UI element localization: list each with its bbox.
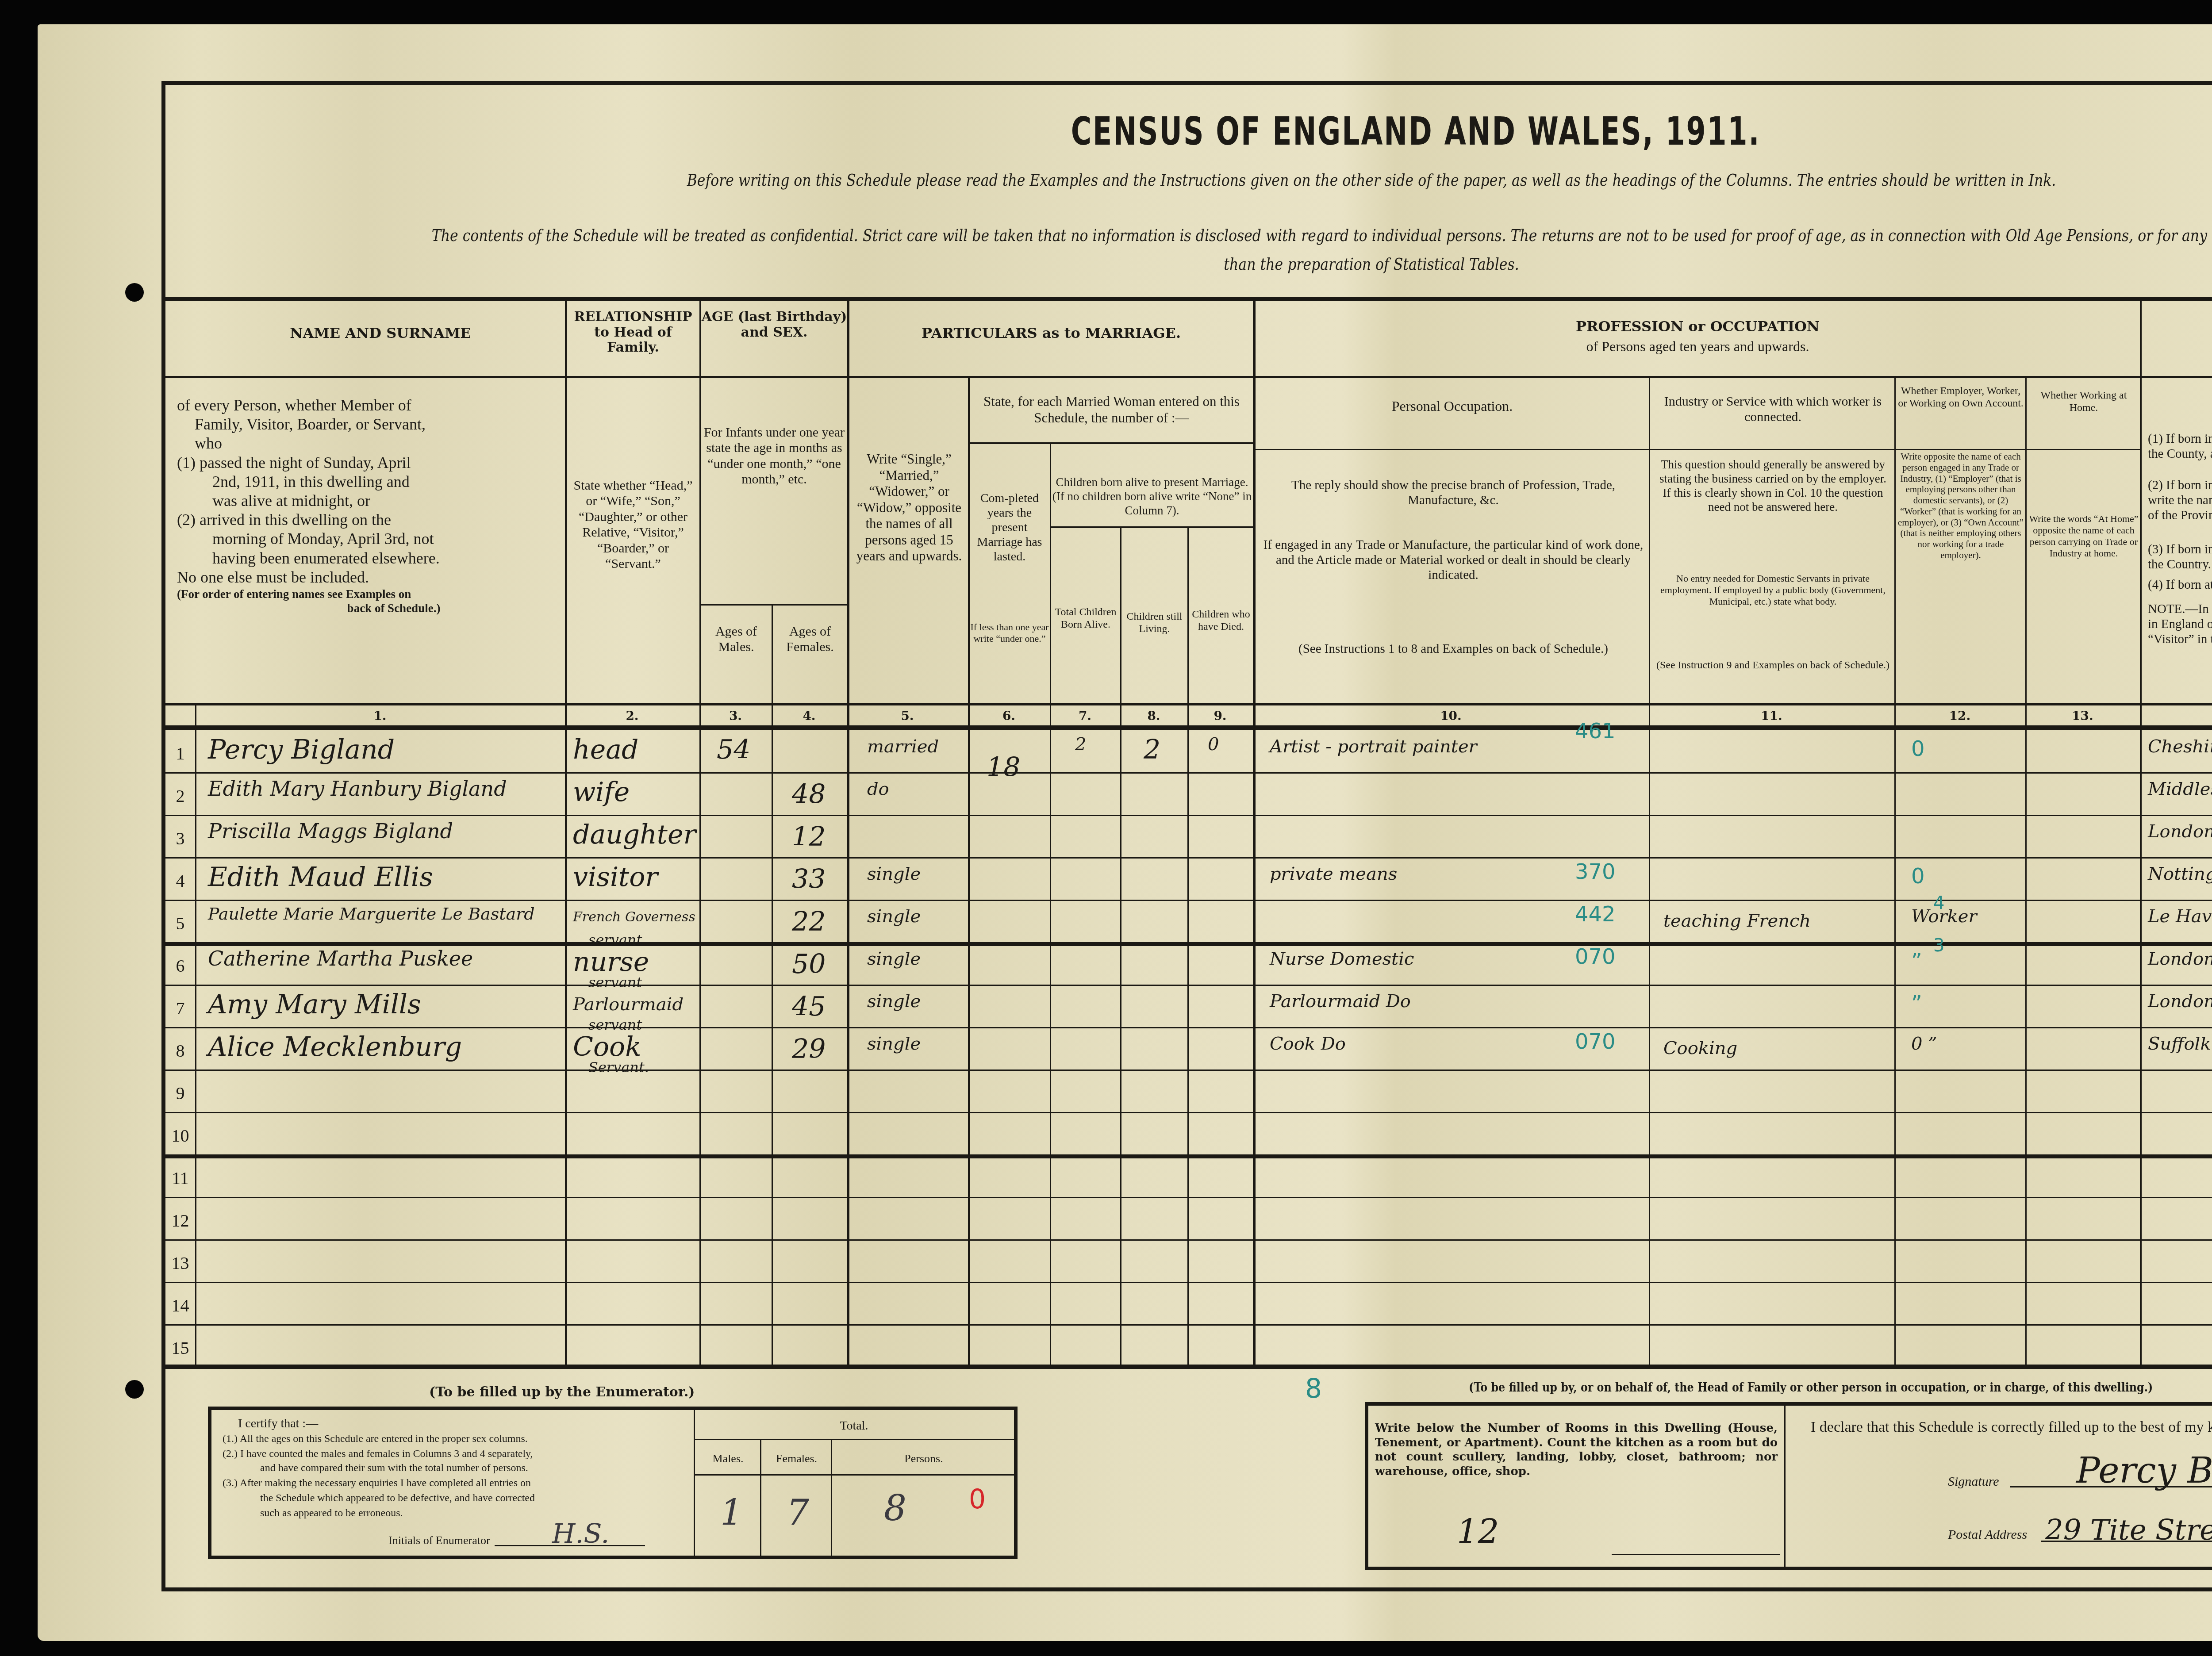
name-instruction-line: of every Person, whether Member of	[177, 396, 557, 415]
age-female: 29	[792, 1034, 826, 1065]
employment-code: 3	[1933, 935, 1944, 956]
industry-body-1: This question should generally be answer…	[1655, 458, 1891, 514]
row-number: 8	[166, 1040, 195, 1061]
condition-instructions: Write “Single,” “Married,” “Widower,” or…	[851, 451, 967, 564]
children-living: 2	[1144, 734, 1160, 765]
birthplace: Cheshire. Egremont	[2148, 736, 2212, 757]
row-number: 14	[166, 1295, 195, 1316]
person-name: Edith Mary Hanbury Bigland	[208, 777, 507, 801]
personal-occupation-body-1: The reply should show the precise branch…	[1261, 478, 1646, 508]
industry-label: Industry or Service with which worker is…	[1652, 394, 1893, 425]
marital-condition: single	[867, 906, 921, 927]
home-body: Write the words “At Home” opposite the n…	[2028, 513, 2139, 559]
occupation-code: 370	[1575, 859, 1616, 884]
name-instruction-line: having been enumerated elsewhere.	[177, 549, 557, 568]
relationship-note: servant	[588, 974, 642, 991]
person-name: Priscilla Maggs Bigland	[208, 819, 453, 843]
rooms-count: 12	[1457, 1512, 1499, 1551]
row-number: 7	[166, 998, 195, 1019]
name-instruction-line: (For order of entering names see Example…	[177, 587, 557, 601]
occupation-sub-rule	[1253, 449, 2140, 450]
total-persons: 8	[884, 1487, 906, 1529]
certify-item-3b: the Schedule which appeared to be defect…	[260, 1492, 535, 1504]
employment-status: 0	[1911, 864, 1925, 889]
name-instruction-line: morning of Monday, April 3rd, not	[177, 529, 557, 548]
totals-header-rule	[695, 1474, 1014, 1476]
confidentiality-line: The contents of the Schedule will be tre…	[343, 226, 2212, 245]
employment-code: 4	[1933, 893, 1944, 913]
col-title-age: AGE (last Birthday) and SEX.	[701, 310, 847, 340]
row-number: 4	[166, 870, 195, 891]
name-instruction-line: was alive at midnight, or	[177, 491, 557, 510]
row-number: 10	[166, 1125, 195, 1146]
col-title-marriage: PARTICULARS as to MARRIAGE.	[849, 325, 1253, 341]
personal-occupation: Artist - portrait painter	[1270, 736, 1477, 757]
relationship: visitor	[573, 862, 658, 893]
instruction-line: Before writing on this Schedule please r…	[453, 170, 2212, 190]
name-instruction-line: No one else must be included.	[177, 568, 557, 587]
completed-years-note: If less than one year write “under one.”	[970, 621, 1049, 644]
have-died-label: Children who have Died.	[1189, 608, 1253, 633]
col-divider	[1050, 444, 1051, 1367]
relationship-note: servant	[588, 1016, 642, 1033]
punch-hole	[125, 1380, 144, 1399]
birthplace-note: NOTE.—In the case of persons born elsewh…	[2148, 602, 2212, 647]
column-number: 1.	[195, 709, 565, 723]
employment-status: ”	[1911, 991, 1922, 1016]
birthplace: London Pimlico	[2148, 991, 2212, 1012]
person-name: Percy Bigland	[208, 734, 395, 765]
age-infant-instructions: For Infants under one year state the age…	[703, 425, 845, 487]
birthplace: Le Havre France	[2148, 906, 2212, 927]
total-label: Total.	[694, 1419, 1014, 1433]
col-title-relationship: RELATIONSHIP to Head of Family.	[567, 310, 699, 356]
punch-hole	[125, 283, 144, 302]
col-divider	[2025, 378, 2027, 1367]
personal-occupation: Cook Do	[1270, 1034, 1346, 1054]
name-instruction-line: who	[177, 434, 557, 453]
table-top-rule	[164, 297, 2212, 301]
children-born-instructions: Children born alive to present Marriage.…	[1052, 475, 1252, 518]
females-divider	[831, 1440, 832, 1556]
row-number: 5	[166, 913, 195, 934]
column-number: 7.	[1050, 709, 1120, 723]
initials-label: Initials of Enumerator	[388, 1534, 490, 1547]
col-divider	[847, 299, 849, 1367]
married-woman-instructions: State, for each Married Woman entered on…	[971, 394, 1252, 426]
age-female: 22	[792, 906, 826, 937]
col-title-name: NAME AND SURNAME	[197, 325, 564, 341]
relationship: Cook	[573, 1031, 641, 1062]
person-name: Catherine Martha Puskee	[208, 947, 473, 970]
age-female: 48	[792, 779, 826, 810]
occupation-code: 070	[1575, 1029, 1616, 1054]
row-number: 13	[166, 1253, 195, 1273]
occupier-heading: (To be filled up by, or on behalf of, th…	[1469, 1380, 2153, 1395]
birthplace-body-1: (1) If born in the United Kingdom, write…	[2148, 431, 2212, 461]
confidentiality-line-2: than the preparation of Statistical Tabl…	[968, 254, 1775, 274]
birthplace-body-3: (3) If born in a Foreign Country, write …	[2148, 542, 2212, 572]
signature-label: Signature	[1948, 1474, 1999, 1489]
col-title-birthplace: BIRTHPLACE	[2142, 318, 2212, 335]
occupation-code: 442	[1575, 902, 1616, 927]
age-female: 33	[792, 864, 826, 895]
row-number: 12	[166, 1210, 195, 1231]
employer-label: Whether Employer, Worker, or Working on …	[1897, 385, 2024, 410]
personal-occupation: private means	[1270, 864, 1397, 884]
certify-label: I certify that :—	[238, 1417, 318, 1431]
total-rule	[695, 1439, 1014, 1440]
col-divider	[565, 299, 567, 1367]
age-female: 50	[792, 949, 826, 980]
birthplace: Nottingham	[2148, 864, 2212, 884]
personal-occupation-label: Personal Occupation.	[1256, 398, 1648, 415]
rooms-line	[1612, 1554, 1780, 1555]
certify-item-3a: (3.) After making the necessary enquirie…	[223, 1477, 531, 1489]
birthplace: Middlesex. Stamford Hill	[2148, 779, 2212, 799]
column-number: 4.	[772, 709, 847, 723]
name-instruction-line: (2) arrived in this dwelling on the	[177, 510, 557, 529]
col-divider	[195, 705, 196, 1367]
children-sub-rule	[1050, 526, 1253, 528]
column-number: 14.	[2140, 709, 2212, 723]
females-label: Females.	[762, 1452, 831, 1465]
person-name: Alice Mecklenburg	[208, 1031, 462, 1062]
enumerator-initials: H.S.	[552, 1518, 609, 1549]
total-born-label: Total Children Born Alive.	[1051, 606, 1120, 631]
relationship: Parlourmaid	[573, 994, 684, 1015]
total-males: 1	[720, 1492, 743, 1533]
column-number: 5.	[847, 709, 968, 723]
children-born: 2	[1075, 734, 1086, 755]
col-divider	[1187, 528, 1189, 1367]
birthplace-body-4: (4) If born at sea, write “At Sea.”	[2148, 577, 2212, 592]
header-divider	[164, 376, 2212, 378]
relationship-note: servant	[588, 931, 642, 948]
home-label: Whether Working at Home.	[2028, 389, 2139, 414]
birthplace: London	[2148, 949, 2212, 969]
person-name: Amy Mary Mills	[208, 989, 421, 1020]
relationship: wife	[573, 777, 630, 808]
relationship-instructions: State whether “Head,” or “Wife,” “Son,” …	[568, 478, 698, 571]
column-number: 8.	[1120, 709, 1187, 723]
children-died: 0	[1208, 734, 1219, 755]
name-instruction-line: (1) passed the night of Sunday, April	[177, 453, 557, 472]
col-divider	[1894, 378, 1896, 1367]
occupation-code: 461	[1575, 719, 1616, 744]
col-subtitle-birthplace: of every person.	[2142, 337, 2212, 354]
relationship: nurse	[573, 947, 649, 977]
relationship: daughter	[573, 819, 696, 850]
declaration-text: I declare that this Schedule is correctl…	[1811, 1419, 2212, 1436]
males-label: Males.	[696, 1452, 760, 1465]
row-number: 9	[166, 1083, 195, 1104]
column-number: 6.	[968, 709, 1050, 723]
personal-occupation-body-2: If engaged in any Trade or Manufacture, …	[1261, 537, 1646, 583]
employment-status: ”	[1911, 949, 1922, 974]
ages-males-label: Ages of Males.	[701, 624, 771, 655]
industry: teaching French	[1663, 911, 1811, 931]
occupation-code: 070	[1575, 944, 1616, 969]
postal-address: 29 Tite Street Chelsea	[2045, 1514, 2212, 1547]
birthplace-body-2: (2) If born in any other part of the Bri…	[2148, 478, 2212, 523]
row-number: 1	[166, 743, 195, 764]
col-subtitle-occupation: of Persons aged ten years and upwards.	[1256, 338, 2140, 355]
age-sub-rule	[699, 604, 847, 606]
row-number: 15	[166, 1338, 195, 1358]
red-check-mark: 0	[969, 1484, 986, 1515]
row-number: 6	[166, 955, 195, 976]
column-number: 13.	[2025, 709, 2140, 723]
col-divider	[1253, 299, 1256, 1367]
name-instruction-line: back of Schedule.)	[177, 601, 557, 615]
personal-occupation: Parlourmaid Do	[1270, 991, 1411, 1012]
age-female: 45	[792, 991, 826, 1022]
employer-body: Write opposite the name of each person e…	[1897, 451, 2024, 561]
age-female: 12	[792, 821, 826, 852]
col-divider	[699, 299, 701, 1367]
rooms-instruction: Write below the Number of Rooms in this …	[1375, 1421, 1778, 1479]
total-females: 7	[787, 1492, 809, 1533]
marital-condition: single	[867, 1034, 921, 1054]
employment-status: 0	[1911, 736, 1925, 761]
occupier-box: Write below the Number of Rooms in this …	[1365, 1402, 2212, 1570]
column-number: 3.	[699, 709, 772, 723]
marital-condition: single	[867, 864, 921, 884]
relationship: French Governess	[573, 909, 695, 925]
birthplace: Suffolk Leiston	[2148, 1034, 2212, 1054]
age-male: 54	[717, 734, 750, 765]
industry: Cooking	[1663, 1038, 1737, 1058]
teal-mark: 8	[1305, 1373, 1322, 1404]
certify-item-2a: (2.) I have counted the males and female…	[223, 1448, 533, 1460]
certify-item-1: (1.) All the ages on this Schedule are e…	[223, 1433, 528, 1445]
signature: Percy Bigland	[2076, 1450, 2212, 1491]
page-title: CENSUS OF ENGLAND AND WALES, 1911.	[842, 108, 1989, 154]
person-name: Paulette Marie Marguerite Le Bastard	[208, 904, 535, 924]
marital-condition: single	[867, 949, 921, 969]
still-living-label: Children still Living.	[1121, 610, 1187, 636]
years-married: 18	[987, 752, 1020, 783]
column-number: 11.	[1649, 709, 1894, 723]
employment-status: 0 ”	[1911, 1034, 1937, 1054]
relationship-note: Servant.	[588, 1059, 649, 1076]
enumerator-box: I certify that :— (1.) All the ages on t…	[208, 1407, 1018, 1559]
name-instructions: of every Person, whether Member ofFamily…	[177, 396, 557, 616]
males-divider	[760, 1440, 761, 1556]
marital-condition: single	[867, 991, 921, 1012]
person-name: Edith Maud Ellis	[208, 862, 433, 893]
marital-condition: married	[867, 736, 939, 757]
col-divider	[2140, 299, 2142, 1367]
col-divider	[1120, 528, 1121, 1367]
name-instruction-line: 2nd, 1911, in this dwelling and	[177, 472, 557, 491]
industry-body-3: (See Instruction 9 and Examples on back …	[1655, 659, 1891, 671]
birthplace: London. Chelsea	[2148, 821, 2212, 842]
col-divider	[1649, 378, 1650, 1367]
certify-item-3c: such as appeared to be erroneous.	[260, 1507, 403, 1519]
personal-occupation-body-3: (See Instructions 1 to 8 and Examples on…	[1261, 641, 1646, 656]
row-number: 11	[166, 1168, 195, 1188]
enumerator-heading: (To be filled up by the Enumerator.)	[429, 1384, 695, 1400]
personal-occupation: Nurse Domestic	[1270, 949, 1414, 969]
ages-females-label: Ages of Females.	[774, 624, 846, 655]
certify-item-2b: and have compared their sum with the tot…	[260, 1462, 528, 1474]
row-number: 3	[166, 828, 195, 849]
relationship: head	[573, 734, 638, 765]
persons-label: Persons.	[833, 1452, 1014, 1465]
col-title-occupation: PROFESSION or OCCUPATION	[1256, 318, 2140, 335]
marriage-sub-rule	[968, 442, 1253, 444]
address-label: Postal Address	[1948, 1527, 2027, 1542]
column-number: 12.	[1894, 709, 2025, 723]
occupier-divider	[1784, 1406, 1786, 1567]
industry-body-2: No entry needed for Domestic Servants in…	[1655, 573, 1891, 607]
row-number: 2	[166, 786, 195, 806]
completed-years-label: Com-pleted years the present Marriage ha…	[970, 491, 1049, 564]
column-number: 2.	[565, 709, 699, 723]
name-instruction-line: Family, Visitor, Boarder, or Servant,	[177, 415, 557, 434]
marital-condition: do	[867, 779, 889, 799]
column-number: 9.	[1187, 709, 1253, 723]
